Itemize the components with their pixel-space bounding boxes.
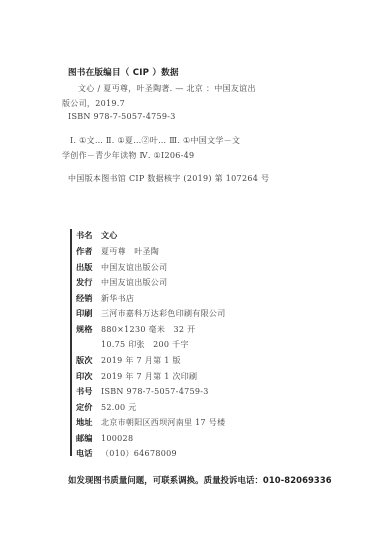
- cip-classification-line: 学创作－青少年读物 Ⅳ. ①I206-49: [62, 150, 194, 161]
- colophon-row-printer: 印刷 三河市嘉科万达彩色印刷有限公司: [76, 306, 226, 320]
- row-label: 经销: [76, 293, 101, 304]
- row-label: 地址: [76, 417, 101, 428]
- colophon-row-impression: 印次 2019 年 7 月第 1 次印刷: [76, 369, 197, 383]
- cip-title: 图书在版编目（ CIP ）数据: [68, 66, 179, 78]
- row-value: 夏丏尊 叶圣陶: [101, 246, 159, 257]
- colophon-divider-bar: [70, 229, 72, 456]
- row-value: 北京市朝阳区西坝河南里 17 号楼: [101, 417, 225, 428]
- row-value: 100028: [101, 434, 133, 443]
- cip-record-number: 中国版本图书馆 CIP 数据核字 (2019) 第 107264 号: [68, 173, 269, 184]
- colophon-row-edition: 版次 2019 年 7 月第 1 版: [76, 353, 181, 367]
- quality-notice: 如发现图书质量问题，可联系调换。质量投诉电话：010-82069336: [68, 474, 332, 486]
- row-value: 2019 年 7 月第 1 版: [101, 355, 181, 366]
- row-value: （010）64678009: [101, 448, 177, 459]
- row-label: 发行: [76, 277, 101, 288]
- row-label: 出版: [76, 262, 101, 273]
- row-value: 2019 年 7 月第 1 次印刷: [101, 371, 197, 382]
- row-value: 三河市嘉科万达彩色印刷有限公司: [101, 308, 226, 319]
- colophon-row-isbn: 书号 ISBN 978-7-5057-4759-3: [76, 384, 209, 398]
- row-label: 定价: [76, 402, 101, 413]
- row-label: 书名: [76, 230, 101, 241]
- colophon-row-format-cont: 10.75 印张 200 千字: [76, 337, 189, 351]
- colophon-row-title: 书名 文心: [76, 228, 118, 242]
- cip-line: 版公司，2019.7: [62, 98, 125, 109]
- row-label: 作者: [76, 246, 101, 257]
- colophon-row-seller: 经销 新华书店: [76, 291, 134, 305]
- cip-isbn-line: ISBN 978-7-5057-4759-3: [68, 112, 176, 121]
- row-value: 52.00 元: [101, 402, 137, 413]
- row-value: 中国友谊出版公司: [101, 262, 167, 273]
- row-value: 880×1230 毫米 32 开: [101, 324, 195, 335]
- colophon-row-distributor: 发行 中国友谊出版公司: [76, 275, 167, 289]
- row-label: 邮编: [76, 433, 101, 444]
- row-label: 电话: [76, 448, 101, 459]
- row-value: 中国友谊出版公司: [101, 277, 167, 288]
- colophon-row-publisher: 出版 中国友谊出版公司: [76, 260, 167, 274]
- row-label: 规格: [76, 324, 101, 335]
- row-value: 新华书店: [101, 293, 134, 304]
- row-label: 书号: [76, 386, 101, 397]
- colophon-row-address: 地址 北京市朝阳区西坝河南里 17 号楼: [76, 415, 225, 429]
- row-value: ISBN 978-7-5057-4759-3: [101, 387, 209, 396]
- colophon-row-postcode: 邮编 100028: [76, 431, 133, 445]
- colophon-row-price: 定价 52.00 元: [76, 400, 137, 414]
- row-value: 文心: [101, 230, 118, 241]
- row-label: 印次: [76, 371, 101, 382]
- row-label: 版次: [76, 355, 101, 366]
- row-value: 10.75 印张 200 千字: [101, 339, 189, 350]
- row-label: 印刷: [76, 308, 101, 319]
- colophon-row-author: 作者 夏丏尊 叶圣陶: [76, 244, 159, 258]
- colophon-row-format: 规格 880×1230 毫米 32 开: [76, 322, 195, 336]
- cip-classification-line: Ⅰ. ①文… Ⅱ. ①夏…②叶… Ⅲ. ①中国文学－文: [70, 135, 240, 146]
- cip-line: 文心 / 夏丏尊，叶圣陶著. — 北京 ：中国友谊出: [78, 83, 256, 94]
- colophon-row-phone: 电话 （010）64678009: [76, 446, 177, 460]
